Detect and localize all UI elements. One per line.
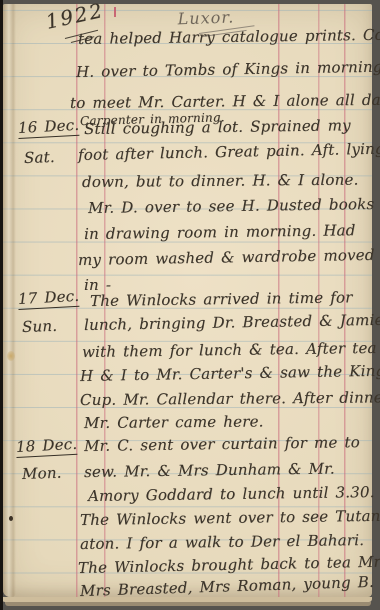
paper-blemish xyxy=(9,516,13,521)
page-crease xyxy=(3,4,16,597)
binding-edge xyxy=(0,0,3,610)
diary-line: sew. Mr. & Mrs Dunham & Mr. xyxy=(84,459,335,481)
diary-line: The Winlocks arrived in time for xyxy=(90,288,353,310)
entry-day: Sun. xyxy=(22,317,58,336)
diary-page-photo: 1922 Luxor. tea helped Harry catalogue p… xyxy=(0,0,380,610)
entry-day: Sat. xyxy=(24,148,55,167)
diary-line: Still coughing a lot. Sprained my xyxy=(84,116,351,138)
diary-line: Cup. Mr. Callendar there. After dinner xyxy=(80,388,380,409)
diary-line: to meet Mr. Carter. H & I alone all day. xyxy=(70,91,380,112)
entry-day: Mon. xyxy=(22,464,62,483)
diary-line: Mr. C. sent over curtain for me to xyxy=(84,433,360,455)
paper-blemish xyxy=(7,351,15,361)
red-margin-tick xyxy=(114,7,116,17)
entry-date: 16 Dec. xyxy=(17,116,79,139)
diary-line: Mr. Carter came here. xyxy=(84,412,264,432)
entry-date: 17 Dec. xyxy=(17,287,79,310)
page-stack-edge xyxy=(5,602,371,606)
diary-line: in drawing room in morning. Had xyxy=(84,221,356,243)
diary-line: down, but to dinner. H. & I alone. xyxy=(82,171,359,191)
entry-date: 18 Dec. xyxy=(15,435,77,458)
place-heading: Luxor. xyxy=(161,7,252,29)
diary-page: 1922 Luxor. tea helped Harry catalogue p… xyxy=(3,4,372,597)
